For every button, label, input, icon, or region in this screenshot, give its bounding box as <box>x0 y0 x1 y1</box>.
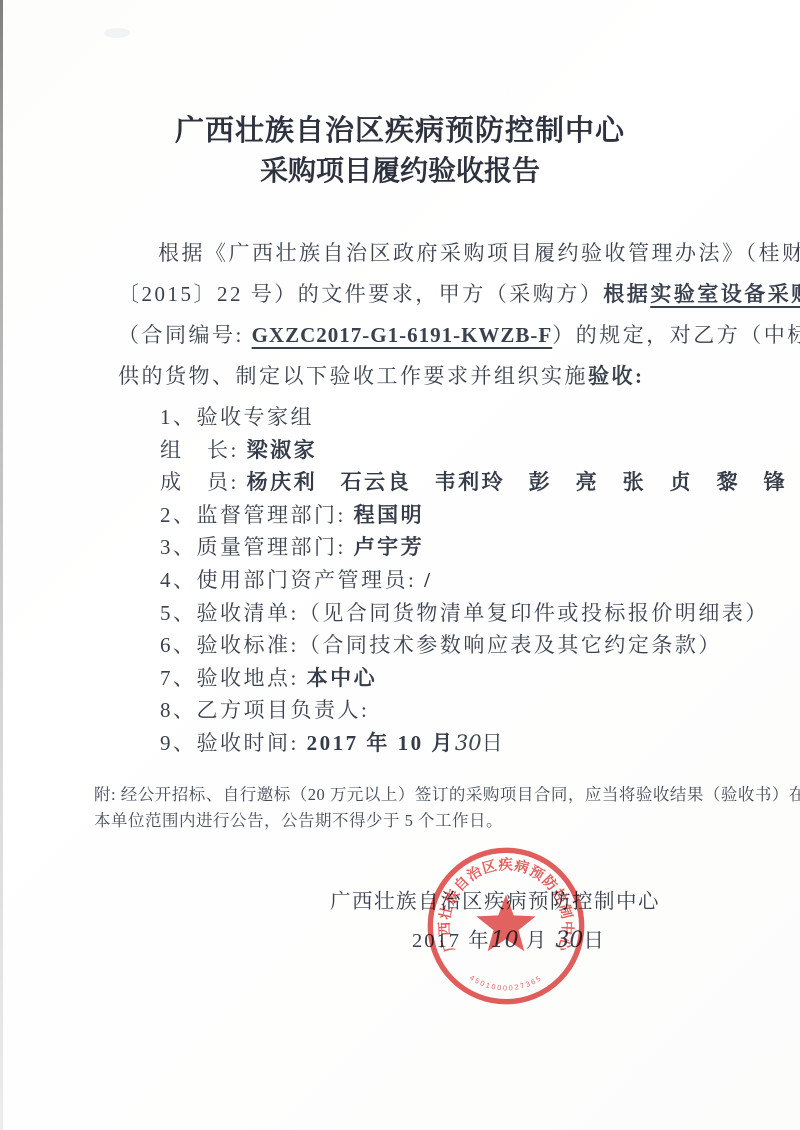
item-text: 7、验收地点: <box>160 666 307 690</box>
list-item: 2、监督管理部门: 程国明 <box>160 499 760 532</box>
scan-smudge-artifact <box>104 28 130 38</box>
footnote: 附: 经公开招标、自行邀标（20 万元以上）签订的采购项目合同，应当将验收结果（… <box>94 782 750 834</box>
list-item: 3、质量管理部门: 卢宇芳 <box>160 531 760 564</box>
list-item: 5、验收清单:（见合同货物清单复印件或投标报价明细表） <box>160 597 760 630</box>
paragraph-line-2-bold: 根据 <box>603 282 650 306</box>
item-filled-value: 2017 年 10 月 <box>307 731 455 755</box>
paragraph-line-1: 根据《广西壮族自治区政府采购项目履约验收管理办法》（桂财采 <box>118 233 740 274</box>
footnote-line-1: 附: 经公开招标、自行邀标（20 万元以上）签订的采购项目合同，应当将验收结果（… <box>94 782 750 808</box>
stamp-serial-number: 4501000027365 <box>468 973 544 992</box>
list-item: 4、使用部门资产管理员: / <box>160 564 760 597</box>
list-item: 组 长: 梁淑家 <box>160 434 760 467</box>
list-item: 成 员: 杨庆利 石云良 韦利玲 彭 亮 张 贞 黎 锋 <box>160 466 760 499</box>
paragraph-line-3-tail: ）的规定，对乙方（中标方）提 <box>552 323 800 347</box>
paragraph-line-3: （合同编号: GXZC2017-G1-6191-KWZB-F）的规定，对乙方（中… <box>118 315 740 356</box>
contract-name-underlined: 实验室设备采购 <box>650 282 800 306</box>
item-filled-value: 梁淑家 <box>247 438 318 462</box>
list-item: 6、验收标准:（合同技术参数响应表及其它约定条款） <box>160 629 760 662</box>
item-filled-value: 本中心 <box>307 666 378 690</box>
item-tail: 日 <box>482 731 506 755</box>
list-item: 1、验收专家组 <box>160 401 760 434</box>
item-text: 8、乙方项目负责人: <box>160 698 369 722</box>
item-handwritten-value: 30 <box>455 731 482 755</box>
contract-number-underlined: GXZC2017-G1-6191-KWZB-F <box>252 323 553 347</box>
item-text: 3、质量管理部门: <box>160 535 354 559</box>
footnote-line-2: 本单位范围内进行公告，公告期不得少于 5 个工作日。 <box>94 808 750 834</box>
list-item: 8、乙方项目负责人: <box>160 694 760 727</box>
item-text: 6、验收标准:（合同技术参数响应表及其它约定条款） <box>160 633 722 657</box>
svg-text:4501000027365: 4501000027365 <box>468 973 544 992</box>
item-text: 5、验收清单:（见合同货物清单复印件或投标报价明细表） <box>160 601 769 625</box>
report-title-line1: 广西壮族自治区疾病预防控制中心 <box>0 108 800 149</box>
item-text: 组 长: <box>160 438 247 462</box>
paragraph-line-4: 供的货物、制定以下验收工作要求并组织实施验收: <box>118 356 740 397</box>
list-item: 7、验收地点: 本中心 <box>160 662 760 695</box>
item-filled-value: / <box>424 568 432 592</box>
item-text: 成 员: <box>160 470 247 494</box>
report-title-line2: 采购项目履约验收报告 <box>0 149 800 189</box>
acceptance-items-list: 1、验收专家组 组 长: 梁淑家 成 员: 杨庆利 石云良 韦利玲 彭 亮 张 … <box>160 401 760 760</box>
paragraph-line-3-text: （合同编号: <box>118 323 252 347</box>
intro-paragraph: 根据《广西壮族自治区政府采购项目履约验收管理办法》（桂财采 〔2015〕22 号… <box>118 233 740 397</box>
paragraph-line-4-bold: 验收: <box>588 364 645 388</box>
item-text: 1、验收专家组 <box>160 405 314 429</box>
item-text: 2、监督管理部门: <box>160 503 354 527</box>
scanned-report-page: 广西壮族自治区疾病预防控制中心 采购项目履约验收报告 根据《广西壮族自治区政府采… <box>0 0 800 1130</box>
item-filled-value: 杨庆利 石云良 韦利玲 彭 亮 张 贞 黎 锋 <box>247 470 788 494</box>
paragraph-line-4-text: 供的货物、制定以下验收工作要求并组织实施 <box>118 364 588 388</box>
item-filled-value: 卢宇芳 <box>354 535 425 559</box>
list-item: 9、验收时间: 2017 年 10 月30日 <box>160 727 760 760</box>
stamp-star-icon <box>476 895 535 952</box>
item-text: 4、使用部门资产管理员: <box>160 568 424 592</box>
paragraph-line-2: 〔2015〕22 号）的文件要求，甲方（采购方）根据实验室设备采购合同 <box>118 274 740 315</box>
paragraph-line-2-text: 〔2015〕22 号）的文件要求，甲方（采购方） <box>118 282 603 306</box>
item-text: 9、验收时间: <box>160 731 307 755</box>
item-filled-value: 程国明 <box>354 503 425 527</box>
official-seal-stamp: 广西壮族自治区疾病预防控制中心 4501000027365 <box>423 843 589 1009</box>
